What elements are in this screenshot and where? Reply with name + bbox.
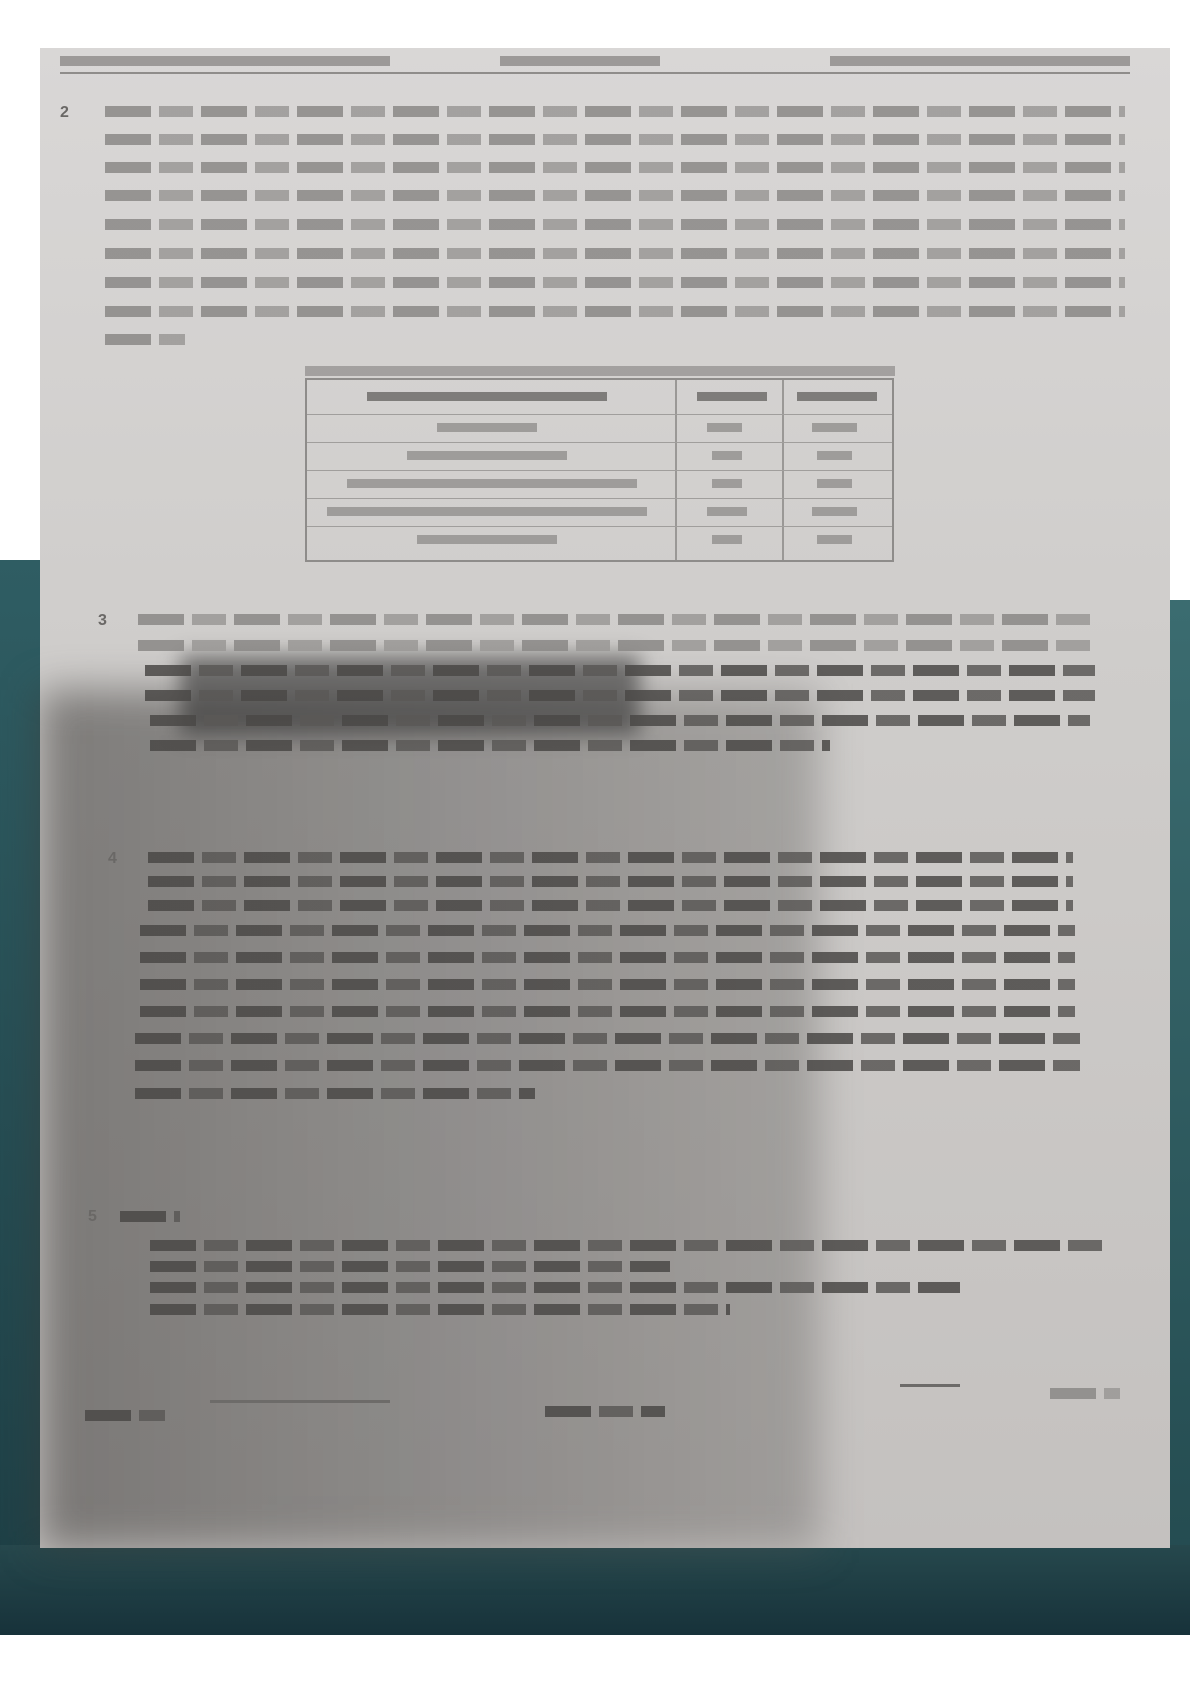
background-bottom [0, 1635, 1190, 1684]
footer-center-text [545, 1406, 665, 1417]
table-header-cell [797, 392, 877, 401]
notes-heading [120, 1211, 180, 1222]
hand-shadow [40, 690, 820, 1550]
background-surface-left [0, 560, 40, 1620]
table-caption [305, 366, 895, 376]
list-item [150, 1240, 1110, 1251]
footer-left-text [85, 1410, 165, 1421]
list-item [150, 1304, 730, 1315]
header-left-text [60, 56, 390, 66]
signature-line [210, 1400, 390, 1403]
table-row [307, 442, 892, 443]
page-header [60, 52, 1130, 74]
header-center-text [500, 56, 660, 66]
table-row [307, 498, 892, 499]
notes-number: 5 [88, 1208, 97, 1226]
question-number: 2 [60, 104, 69, 122]
background-top [0, 0, 1190, 50]
background-surface-bottom [0, 1545, 1190, 1635]
table-header-cell [367, 392, 607, 401]
table-row [307, 414, 892, 415]
header-right-text [830, 56, 1130, 66]
table-row [307, 526, 892, 527]
table-header-cell [697, 392, 767, 401]
question-number: 3 [98, 612, 107, 630]
list-item [150, 1282, 960, 1293]
footer-right-text [1050, 1388, 1120, 1399]
footer-mark [900, 1384, 960, 1387]
table-row [307, 470, 892, 471]
question-number: 4 [108, 850, 117, 868]
data-table [305, 378, 894, 562]
